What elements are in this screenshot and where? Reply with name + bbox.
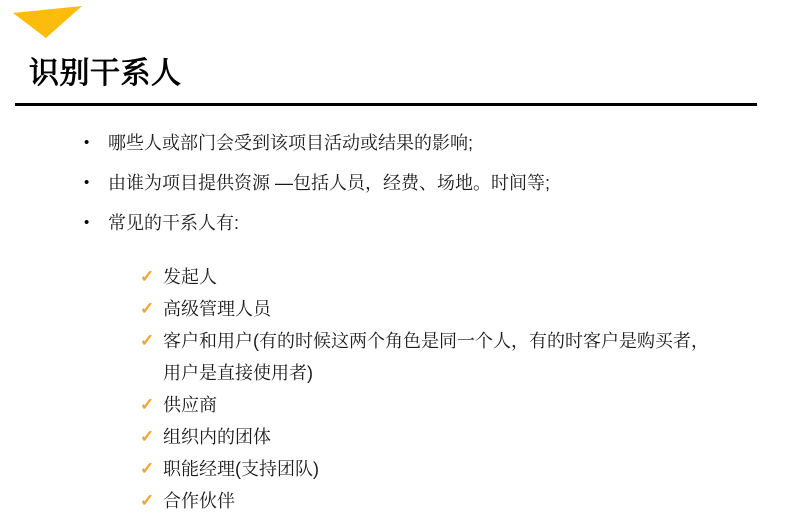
check-item: ✓ 组织内的团体 (140, 421, 709, 453)
check-item-text: 合作伙伴 (163, 485, 235, 517)
checkmark-icon: ✓ (140, 293, 163, 325)
checkmark-icon: ✓ (140, 485, 163, 517)
check-item: ✓ 职能经理(支持团队) (140, 453, 709, 485)
check-item: ✓ 高级管理人员 (140, 293, 709, 325)
checkmark-icon: ✓ (140, 421, 163, 453)
check-item: ✓ 发起人 (140, 261, 709, 293)
bullet-dot-icon: • (84, 163, 108, 203)
bullet-dot-icon: • (84, 203, 108, 243)
bullet-list: • 哪些人或部门会受到该项目活动或结果的影响; • 由谁为项目提供资源 —包括人… (84, 123, 550, 243)
bullet-text: 哪些人或部门会受到该项目活动或结果的影响; (108, 123, 473, 163)
bullet-item: • 哪些人或部门会受到该项目活动或结果的影响; (84, 123, 550, 163)
check-item: ✓ 合作伙伴 (140, 485, 709, 517)
check-item-text: 发起人 (163, 261, 217, 293)
slide-canvas: 识别干系人 • 哪些人或部门会受到该项目活动或结果的影响; • 由谁为项目提供资… (0, 0, 796, 532)
check-item: ✓ 供应商 (140, 389, 709, 421)
check-item-text: 组织内的团体 (163, 421, 271, 453)
accent-triangle-icon (0, 0, 96, 48)
bullet-text: 常见的干系人有: (108, 203, 239, 243)
check-item-text: 职能经理(支持团队) (163, 453, 319, 485)
check-item-text-line: 用户是直接使用者) (163, 357, 709, 389)
check-item-text: 供应商 (163, 389, 217, 421)
check-item-text: 高级管理人员 (163, 293, 271, 325)
bullet-item: • 由谁为项目提供资源 —包括人员，经费、场地。时间等; (84, 163, 550, 203)
check-item-text-line: 客户和用户(有的时候这两个角色是同一个人，有的时客户是购买者， (163, 325, 709, 357)
check-item-text: 客户和用户(有的时候这两个角色是同一个人，有的时客户是购买者， 用户是直接使用者… (163, 325, 709, 389)
checkmark-icon: ✓ (140, 453, 163, 485)
checkmark-icon: ✓ (140, 389, 163, 421)
bullet-text: 由谁为项目提供资源 —包括人员，经费、场地。时间等; (108, 163, 550, 203)
checkmark-icon: ✓ (140, 261, 163, 293)
title-divider (15, 103, 757, 106)
bullet-dot-icon: • (84, 123, 108, 163)
bullet-item: • 常见的干系人有: (84, 203, 550, 243)
slide-title: 识别干系人 (29, 48, 182, 92)
checkmark-icon: ✓ (140, 325, 163, 357)
check-item: ✓ 客户和用户(有的时候这两个角色是同一个人，有的时客户是购买者， 用户是直接使… (140, 325, 709, 389)
stakeholder-check-list: ✓ 发起人 ✓ 高级管理人员 ✓ 客户和用户(有的时候这两个角色是同一个人，有的… (140, 261, 709, 517)
